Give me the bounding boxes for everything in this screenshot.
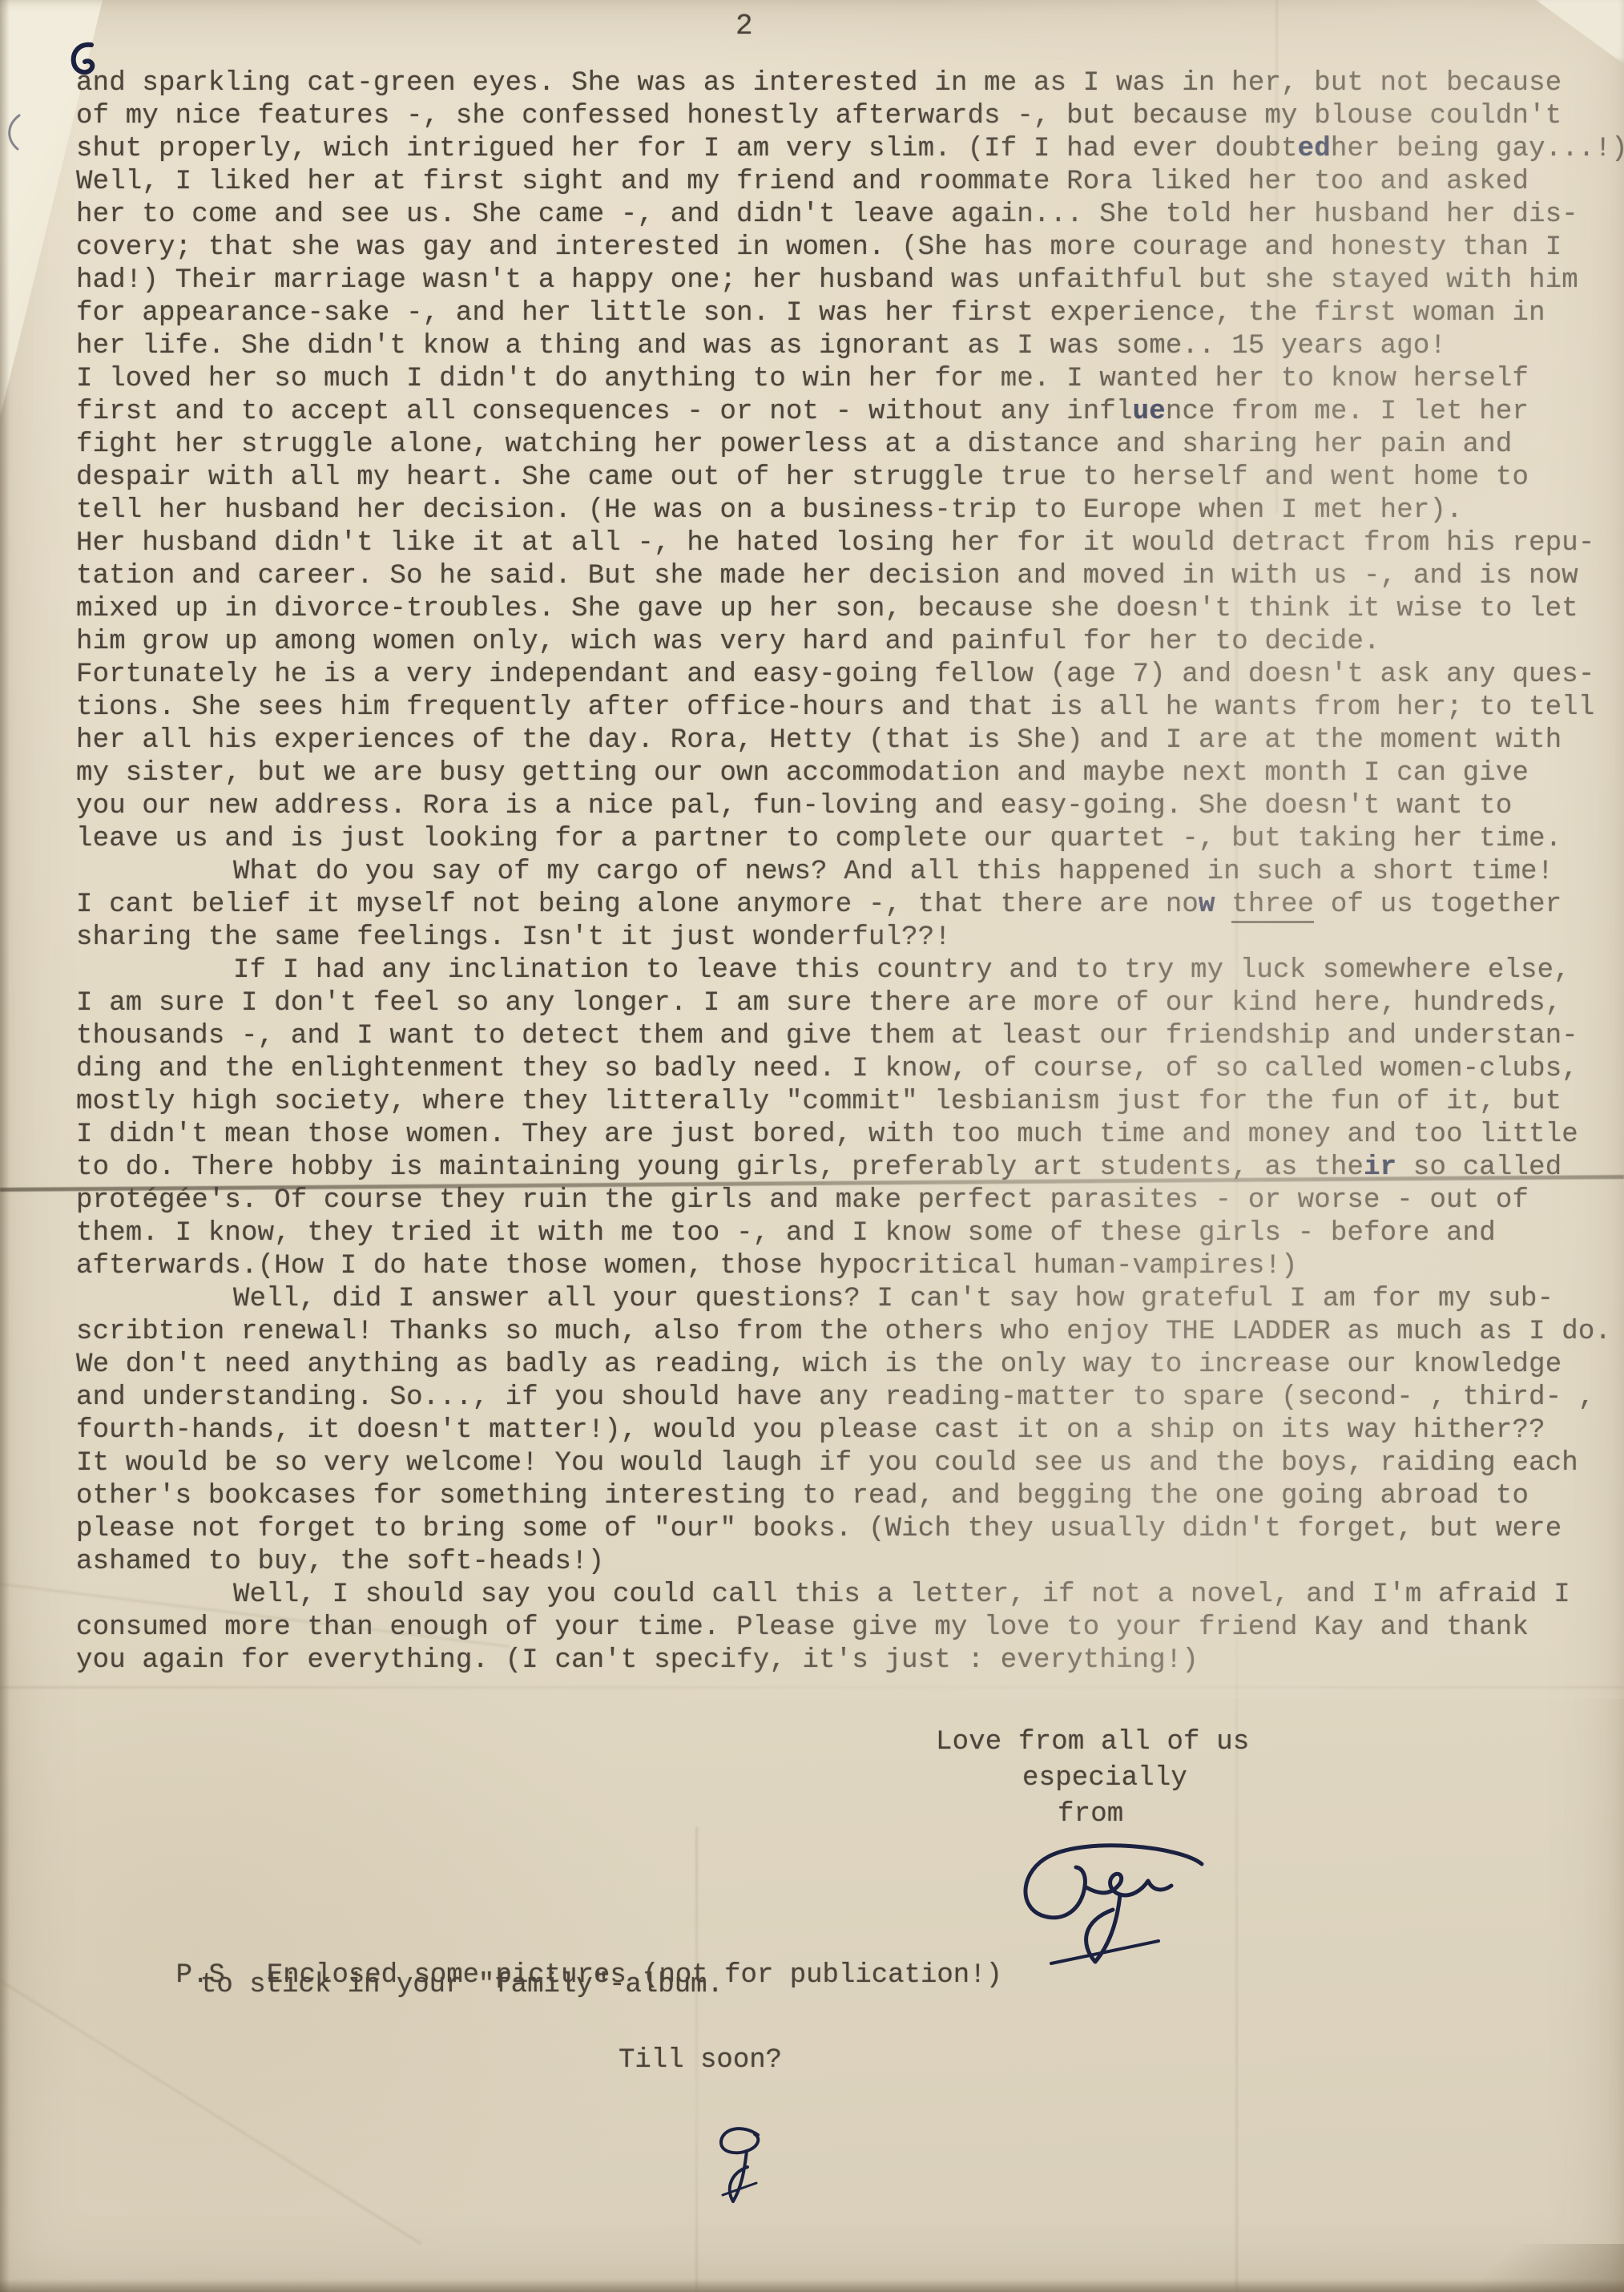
letter-line: had!) Their marriage wasn't a happy one;… — [76, 264, 1624, 297]
letter-line: you again for everything. (I can't speci… — [76, 1644, 1624, 1677]
postscript-line: to stick in your "family"-album. — [200, 1970, 723, 2000]
letter-line: shut properly, wich intrigued her for I … — [76, 133, 1624, 166]
pen-correction: ue — [1133, 397, 1166, 427]
letter-line: her all his experiences of the day. Rora… — [76, 724, 1624, 757]
letter-line: It would be so very welcome! You would l… — [76, 1447, 1624, 1480]
letter-line: Well, I should say you could call this a… — [76, 1579, 1624, 1612]
letter-line: thousands -, and I want to detect them a… — [76, 1020, 1624, 1053]
letter-line: Her husband didn't like it at all -, he … — [76, 527, 1624, 560]
letter-line: her to come and see us. She came -, and … — [76, 199, 1624, 232]
letter-line: first and to accept all consequences - o… — [76, 396, 1624, 429]
letter-line: scribtion renewal! Thanks so much, also … — [76, 1316, 1624, 1349]
letter-line: and understanding. So..., if you should … — [76, 1382, 1624, 1414]
letter-line: my sister, but we are busy getting our o… — [76, 757, 1624, 790]
letter-line: What do you say of my cargo of news? And… — [76, 856, 1624, 889]
letter-line: Well, I liked her at first sight and my … — [76, 166, 1624, 199]
letter-line: mixed up in divorce-troubles. She gave u… — [76, 593, 1624, 626]
pen-correction: w — [1199, 890, 1215, 920]
letter-line: you our new address. Rora is a nice pal,… — [76, 790, 1624, 823]
closing-line: Love from all of us — [936, 1725, 1249, 1761]
letter-line: to do. There hobby is maintaining young … — [76, 1152, 1624, 1184]
letter-line: ashamed to buy, the soft-heads!) — [76, 1546, 1624, 1579]
letter-line: and sparkling cat-green eyes. She was as… — [76, 67, 1624, 100]
letter-line: Well, did I answer all your questions? I… — [76, 1283, 1624, 1316]
closing-block: Love from all of us especially from — [936, 1725, 1249, 1833]
letter-line: I didn't mean those women. They are just… — [76, 1119, 1624, 1152]
letter-line: him grow up among women only, wich was v… — [76, 626, 1624, 659]
letter-line: despair with all my heart. She came out … — [76, 462, 1624, 494]
pen-mark — [0, 112, 24, 156]
letter-line: tell her husband her decision. (He was o… — [76, 494, 1624, 527]
letter-line: We don't need anything as badly as readi… — [76, 1349, 1624, 1382]
letter-line: sharing the same feelings. Isn't it just… — [76, 922, 1624, 954]
signature-initial — [708, 2121, 772, 2213]
letter-line: If I had any inclination to leave this c… — [76, 954, 1624, 987]
letter-line: them. I know, they tried it with me too … — [76, 1217, 1624, 1250]
pen-correction: ed — [1298, 134, 1331, 164]
signature-handwritten — [1000, 1837, 1224, 1977]
letter-line: fight her struggle alone, watching her p… — [76, 429, 1624, 462]
postscript-line: Till soon? — [619, 2045, 782, 2076]
letter-line: of my nice features -, she confessed hon… — [76, 100, 1624, 133]
scan-edge-bottom — [0, 2279, 1624, 2292]
page-number: 2 — [735, 10, 753, 42]
letter-line: afterwards.(How I do hate those women, t… — [76, 1250, 1624, 1283]
closing-line: especially — [1022, 1761, 1249, 1797]
pen-correction: ir — [1364, 1152, 1396, 1183]
letter-body: and sparkling cat-green eyes. She was as… — [76, 67, 1624, 1677]
letter-line: I loved her so much I didn't do anything… — [76, 363, 1624, 396]
letter-line: protégée's. Of course they ruin the girl… — [76, 1184, 1624, 1217]
letter-line: other's bookcases for something interest… — [76, 1480, 1624, 1513]
letter-line: her life. She didn't know a thing and wa… — [76, 330, 1624, 363]
letter-line: consumed more than enough of your time. … — [76, 1612, 1624, 1644]
letter-line: please not forget to bring some of "our"… — [76, 1513, 1624, 1546]
letter-line: tions. She sees him frequently after off… — [76, 692, 1624, 724]
letter-line: leave us and is just looking for a partn… — [76, 823, 1624, 856]
letter-line: Fortunately he is a very independant and… — [76, 659, 1624, 692]
letter-line: I cant belief it myself not being alone … — [76, 889, 1624, 922]
scanned-letter-page-2: 2 and sparkling cat-green eyes. She was … — [0, 0, 1624, 2292]
letter-line: mostly high society, where they litteral… — [76, 1086, 1624, 1119]
letter-line: tation and career. So he said. But she m… — [76, 560, 1624, 593]
closing-line: from — [1058, 1797, 1249, 1833]
letter-line: ding and the enlightenment they so badly… — [76, 1053, 1624, 1086]
letter-line: covery; that she was gay and interested … — [76, 232, 1624, 264]
letter-line: fourth-hands, it doesn't matter!), would… — [76, 1414, 1624, 1447]
scan-edge-left — [0, 0, 10, 2292]
letter-line: for appearance-sake -, and her little so… — [76, 297, 1624, 330]
letter-line: I am sure I don't feel so any longer. I … — [76, 987, 1624, 1020]
scan-corner-bottom-right — [1448, 2244, 1624, 2292]
